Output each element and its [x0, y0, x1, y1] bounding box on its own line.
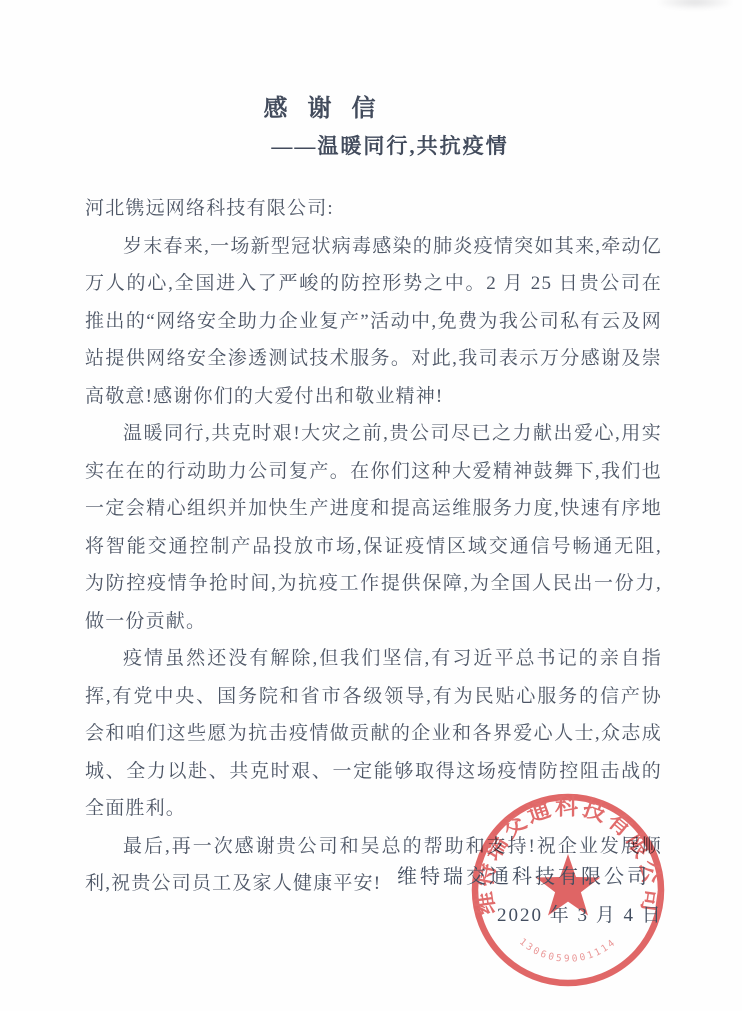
scanned-letter-page: 感 谢 信 ——温暖同行,共抗疫情 河北镌远网络科技有限公司: 岁末春来,一场新…: [0, 0, 742, 1011]
letter-date: 2020 年 3 月 4 日: [497, 900, 663, 927]
letter-title: 感 谢 信: [0, 88, 694, 123]
signature-company: 维特瑞交通科技有限公司: [397, 860, 650, 889]
paragraph-2: 温暖同行,共克时艰!大灾之前,贵公司尽已之力献出爱心,用实实在在的行动助力公司复…: [85, 415, 662, 640]
svg-text:1306059001114: 1306059001114: [517, 937, 619, 965]
seal-number: 1306059001114: [517, 937, 619, 965]
seal-graphic: 维特瑞交通科技有限公司 1306059001114: [468, 790, 668, 990]
letter-subtitle: ——温暖同行,共抗疫情: [19, 130, 742, 160]
paragraph-1: 岁末春来,一场新型冠状病毒感染的肺炎疫情突如其来,牵动亿万人的心,全国进入了严峻…: [85, 228, 662, 416]
company-seal-stamp: 维特瑞交通科技有限公司 1306059001114: [468, 790, 668, 990]
scan-smudge: [655, 0, 735, 10]
salutation: 河北镌远网络科技有限公司:: [85, 190, 662, 228]
